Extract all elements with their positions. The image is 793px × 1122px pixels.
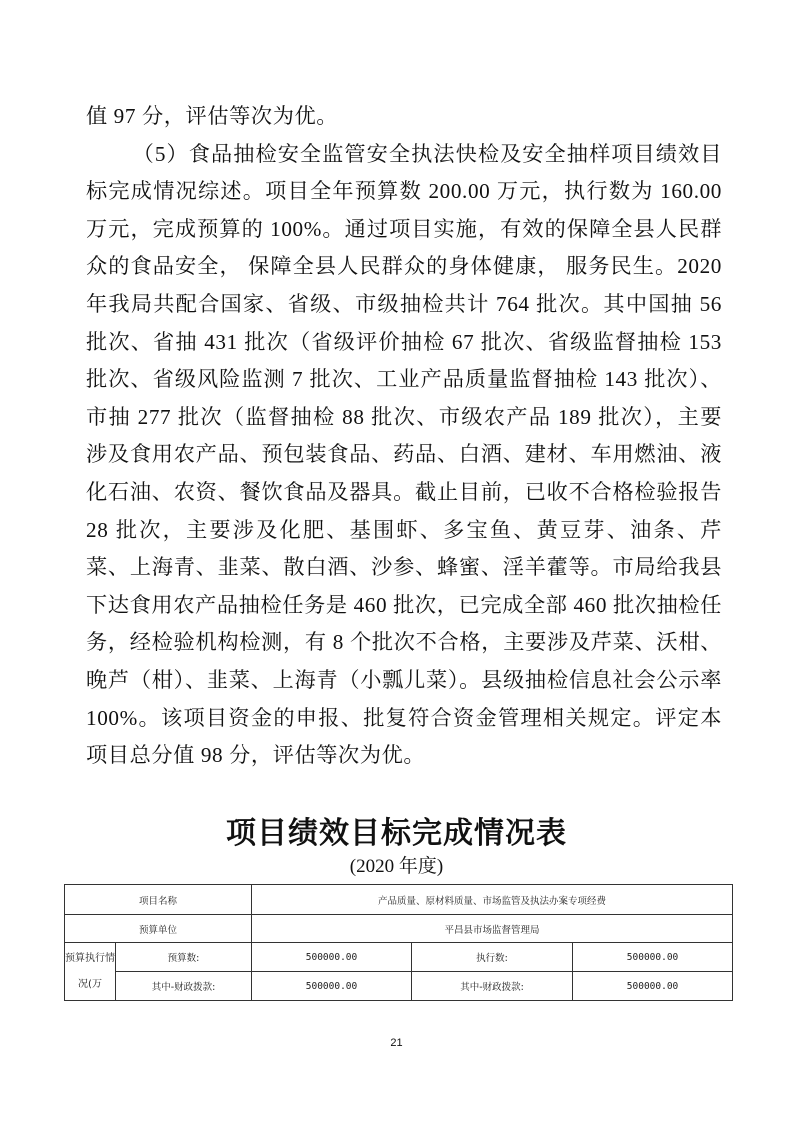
project-name-value: 产品质量、原材料质量、市场监管及执法办案专项经费: [252, 885, 733, 915]
performance-table: 项目名称 产品质量、原材料质量、市场监管及执法办案专项经费 预算单位 平昌县市场…: [64, 884, 733, 1001]
table-row-budget-amount: 预算执行情况(万 预算数: 500000.00 执行数: 500000.00: [65, 943, 733, 972]
budget-unit-label: 预算单位: [65, 915, 252, 943]
table-row-budget-unit: 预算单位 平昌县市场监督管理局: [65, 915, 733, 943]
budget-unit-value: 平昌县市场监督管理局: [252, 915, 733, 943]
document-page: 值 97 分，评估等次为优。 （5）食品抽检安全监管安全执法快检及安全抽样项目绩…: [0, 0, 793, 1122]
project-name-label: 项目名称: [65, 885, 252, 915]
budget-amount-value: 500000.00: [252, 943, 412, 972]
table-row-fiscal-allocation: 其中-财政拨款: 500000.00 其中-财政拨款: 500000.00: [65, 972, 733, 1001]
fiscal-alloc-label-budget: 其中-财政拨款:: [116, 972, 252, 1001]
exec-amount-value: 500000.00: [573, 943, 733, 972]
exec-amount-label: 执行数:: [412, 943, 573, 972]
body-text: 值 97 分，评估等次为优。 （5）食品抽检安全监管安全执法快检及安全抽样项目绩…: [86, 98, 722, 775]
paragraph-continuation: 值 97 分，评估等次为优。: [86, 98, 722, 136]
budget-amount-label: 预算数:: [116, 943, 252, 972]
fiscal-alloc-label-exec: 其中-财政拨款:: [412, 972, 573, 1001]
table-title: 项目绩效目标完成情况表: [0, 808, 793, 852]
paragraph-food-inspection-summary: （5）食品抽检安全监管安全执法快检及安全抽样项目绩效目标完成情况综述。项目全年预…: [86, 136, 722, 775]
table-row-project-name: 项目名称 产品质量、原材料质量、市场监管及执法办案专项经费: [65, 885, 733, 915]
budget-exec-label: 预算执行情况(万: [65, 943, 116, 1001]
fiscal-alloc-value-exec: 500000.00: [573, 972, 733, 1001]
fiscal-alloc-value-budget: 500000.00: [252, 972, 412, 1001]
page-number: 21: [0, 1037, 793, 1049]
table-subtitle: (2020 年度): [0, 851, 793, 878]
